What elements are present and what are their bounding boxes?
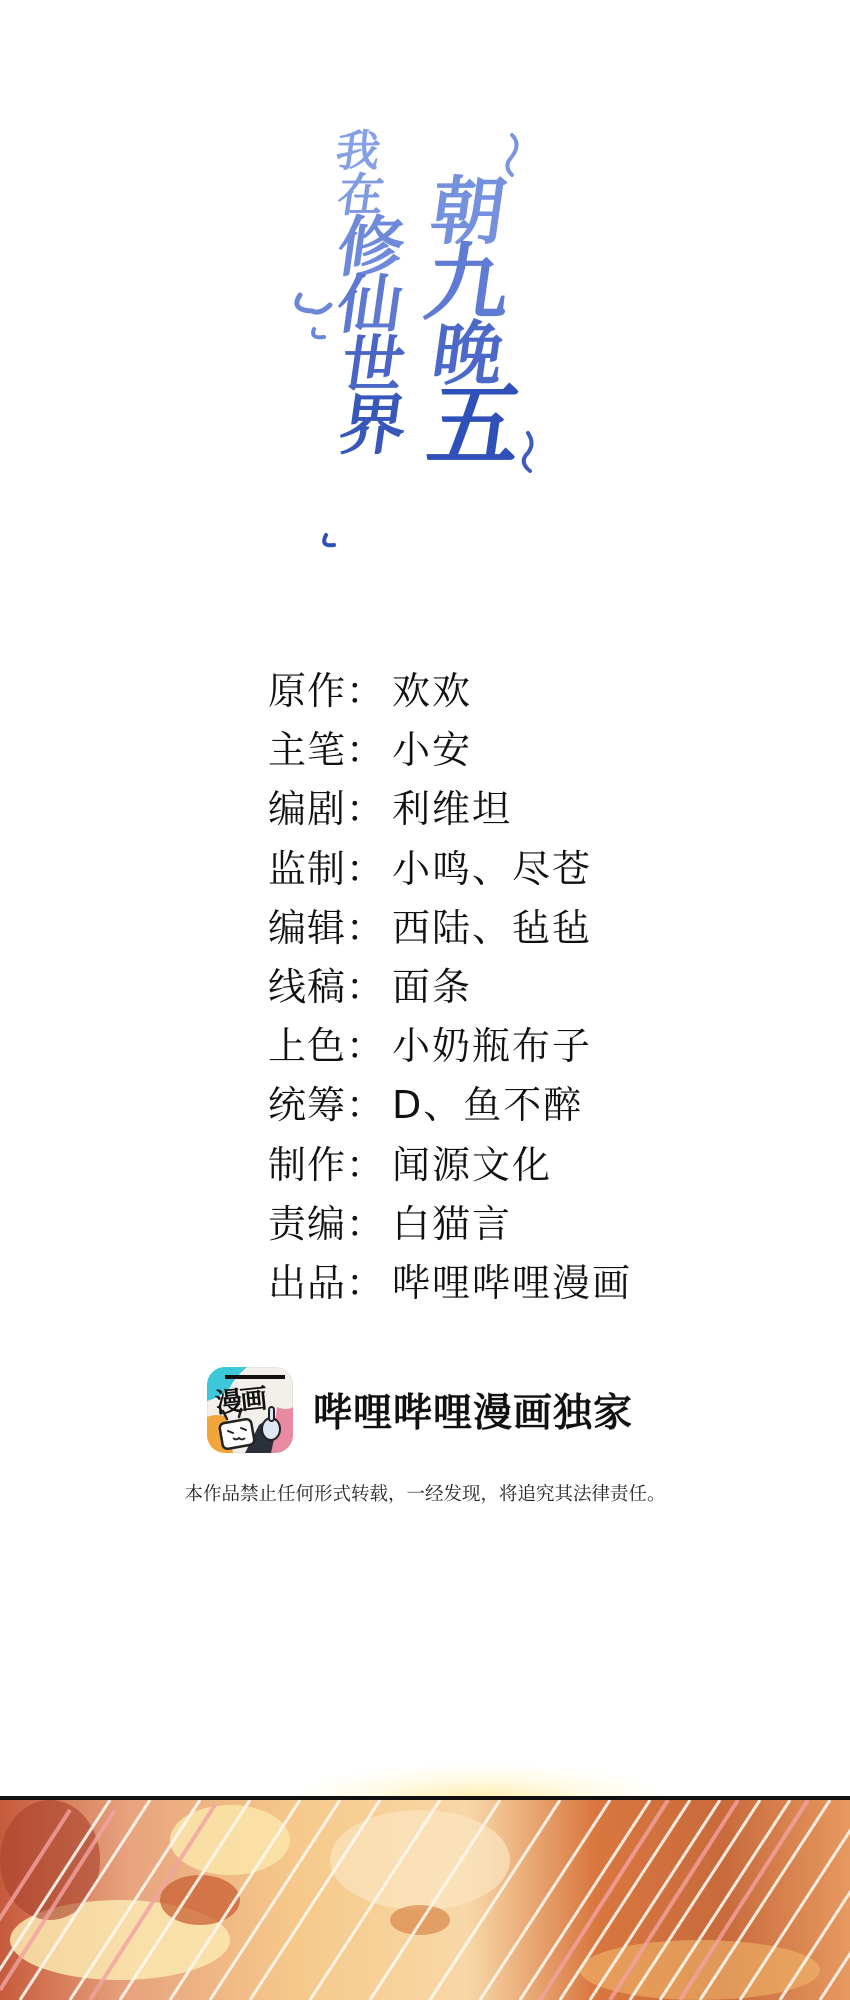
credit-name: 白猫言: [392, 1201, 512, 1247]
credit-name: 小奶瓶布子: [392, 1023, 592, 1069]
credit-role: 制作：: [268, 1142, 392, 1188]
credit-name: 小安: [392, 727, 472, 773]
credit-role: 线稿：: [268, 964, 392, 1010]
credit-name: D、鱼不醉: [392, 1082, 583, 1128]
comic-title: 我 在 修 仙 世 界 朝 九 晚 五: [290, 115, 550, 555]
credit-name: 哔哩哔哩漫画: [392, 1260, 632, 1306]
credit-row-coordinator: 统筹： D、鱼不醉: [268, 1082, 632, 1141]
credit-name: 西陆、毡毡: [392, 905, 592, 951]
credit-row-publisher: 出品： 哔哩哔哩漫画: [268, 1260, 632, 1319]
credit-role: 主笔：: [268, 727, 392, 773]
credit-row-original-author: 原作： 欢欢: [268, 668, 632, 727]
credit-role: 编剧：: [268, 786, 392, 832]
credit-row-supervisor: 监制： 小鸣、尽苍: [268, 846, 632, 905]
credit-role: 统筹：: [268, 1082, 392, 1128]
credit-name: 面条: [392, 964, 472, 1010]
bilibili-comics-app-icon: 漫画: [207, 1367, 293, 1453]
credit-role: 责编：: [268, 1201, 392, 1247]
credit-name: 闻源文化: [392, 1142, 552, 1188]
brush-wisp-decoration: [290, 115, 550, 555]
credit-row-line-art: 线稿： 面条: [268, 964, 632, 1023]
credit-role: 原作：: [268, 668, 392, 714]
credit-row-editor: 编辑： 西陆、毡毡: [268, 905, 632, 964]
credit-role: 编辑：: [268, 905, 392, 951]
exclusive-label: 哔哩哔哩漫画独家: [313, 1382, 633, 1438]
app-icon-text: 漫画: [213, 1376, 267, 1420]
credit-role: 出品：: [268, 1260, 392, 1306]
copyright-notice: 本作品禁止任何形式转载，一经发现，将追究其法律责任。: [0, 1480, 850, 1506]
exclusive-badge: 漫画 哔哩哔哩漫画独家: [207, 1367, 633, 1453]
credit-role: 监制：: [268, 846, 392, 892]
speed-lines-artwork: [0, 1800, 850, 2000]
credit-name: 利维坦: [392, 786, 512, 832]
credit-row-lead-artist: 主笔： 小安: [268, 727, 632, 786]
credit-role: 上色：: [268, 1023, 392, 1069]
credits-list: 原作： 欢欢 主笔： 小安 编剧： 利维坦 监制： 小鸣、尽苍 编辑： 西陆、毡…: [268, 668, 632, 1319]
credit-row-coloring: 上色： 小奶瓶布子: [268, 1023, 632, 1082]
panel-glow: [300, 1765, 660, 1799]
credit-row-responsible-editor: 责编： 白猫言: [268, 1201, 632, 1260]
credit-name: 欢欢: [392, 668, 472, 714]
credit-name: 小鸣、尽苍: [392, 846, 592, 892]
credit-row-production: 制作： 闻源文化: [268, 1142, 632, 1201]
next-comic-panel: [0, 1800, 850, 2000]
credit-row-screenwriter: 编剧： 利维坦: [268, 786, 632, 845]
